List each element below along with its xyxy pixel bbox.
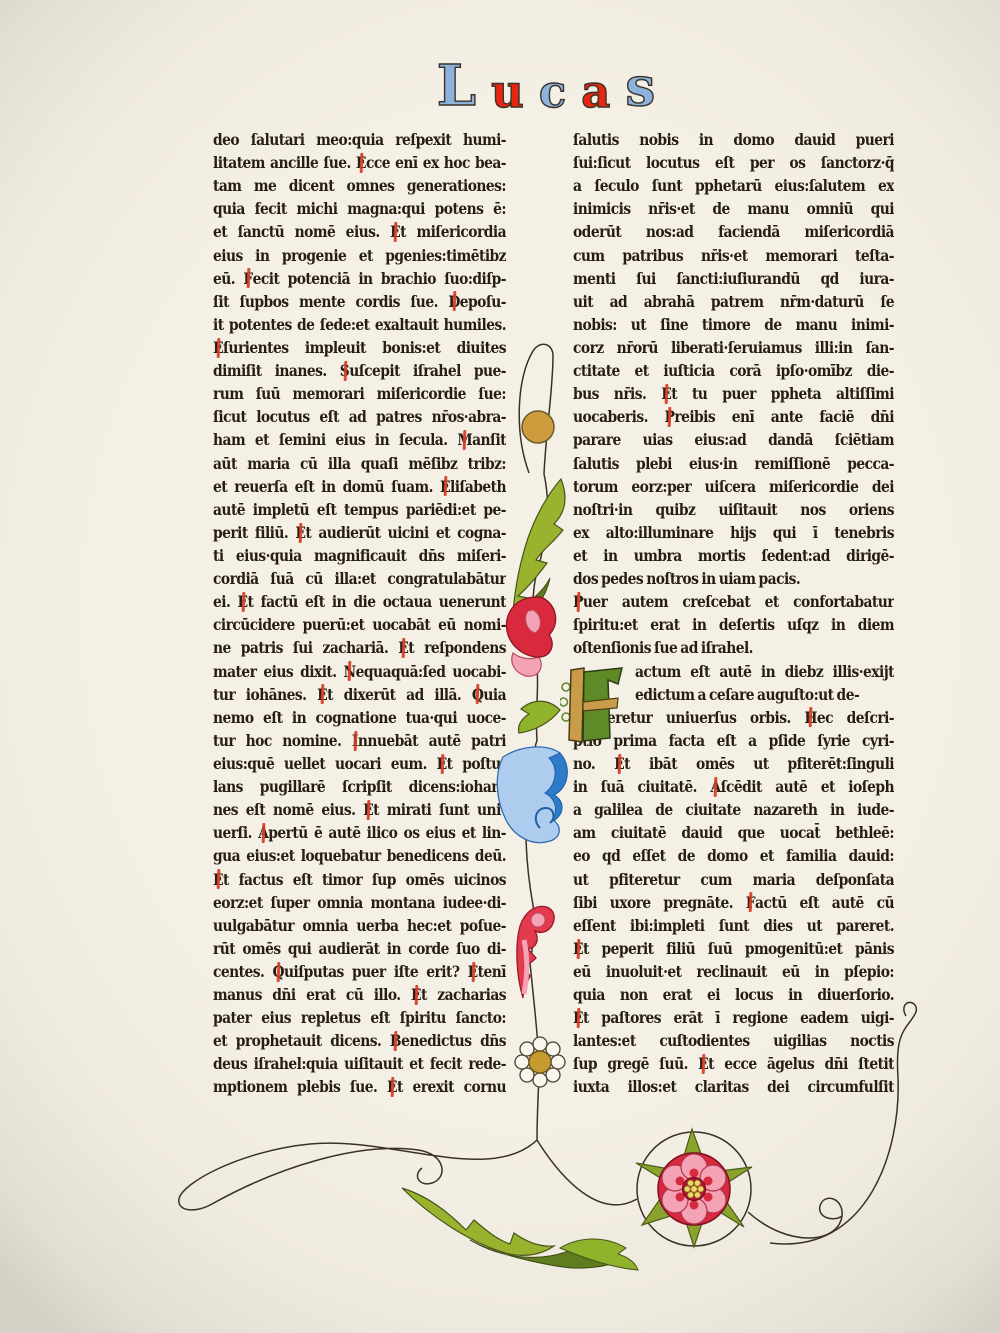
text-line: rum ſuū memorari miſericordie ſue: [213,383,506,406]
gutter-leaf-top [513,479,565,617]
text-line: cum patribus nr̄is·et memorari teſta- [573,245,894,268]
text-line: deus iſrahel:quia uiſitauit et fecit red… [213,1053,506,1076]
daisy-ornament [515,1037,565,1087]
text-line: ſalutis nobis in domo dauid pueri [573,129,894,152]
text-line: mptionem plebis ſue. Et erexit cornu [213,1076,506,1099]
text-line: deo ſalutari meo:quia reſpexit humi- [213,129,506,152]
text-line: oderūt nos:ad faciendā miſericordiā [573,221,894,244]
rubricated-capital: F [746,892,755,915]
rubricated-capital: E [661,383,671,406]
text-line: eū inuoluit·et reclinauit eū in pſepio: [573,961,894,984]
text-line: autē impletū eſt tempus pariēdi:et pe- [213,499,506,522]
rubricated-capital: E [387,1076,397,1099]
text-line: Et paſtores erāt ī regione eadem uigi- [573,1007,894,1030]
rubricated-capital: E [238,591,248,614]
initial-curl [560,698,568,706]
text-line: noſtri·in quibz uiſitauit nos oriens [573,499,894,522]
rubricated-capital: E [614,753,624,776]
text-line: eorz:et ſuper omnia montana iudee·di- [213,892,506,915]
text-line: uocaberis. Preibis enī ante faciē dn̄i [573,406,894,429]
text-line: manus dn̄i erat cū illo. Et zacharias [213,984,506,1007]
rosette-center [683,1178,706,1201]
rubricated-capital: Q [272,961,284,984]
text-line: it potentes de ſede:et exaltauit humiles… [213,314,506,337]
text-line: perit filiū. Et audierūt uicini et cogna… [213,522,506,545]
text-line: nemo eſt in cognatione tua·qui uoce- [213,707,506,730]
rubricated-capital: S [340,360,349,383]
stem-gutter [526,474,548,1048]
text-line: rūt omēs qui audierāt in corde ſuo di- [213,938,506,961]
text-line: tur iohānes. Et dixerūt ad illā. Quia [213,684,506,707]
rubricated-capital: E [698,1053,708,1076]
text-line: nes eſt nomē eius. Et mirati ſunt uni- [213,799,506,822]
page-title: Lucas [46,58,1000,114]
rubricated-capital: E [295,522,305,545]
rosette-flower [636,1129,752,1247]
text-line: uerſi. Apertū ē autē ilico os eius et li… [213,822,506,845]
text-line: in ſuā ciuitatē. Aſcēdit autē et ioſeph [573,776,894,799]
stem-right-spiral [748,1198,842,1238]
text-line: nobis: ut ſine timore de manu inimi- [573,314,894,337]
rubricated-capital: E [573,1007,583,1030]
initial-curl [562,713,570,721]
rubricated-capital: Q [472,684,484,707]
pink-leaf-lower [517,906,554,998]
text-line: ſalutis plebi eius·in remiſſionē pecca- [573,453,894,476]
rubricated-capital: F [243,268,252,291]
text-line: am ciuitatē dauid que uocat̄ bethleē: [573,822,894,845]
rosette-ring [637,1132,751,1246]
text-column-right: ſalutis nobis in domo dauid pueriſui:ſic… [573,129,894,1100]
text-line: menti ſui ſancti:iuſiurandū qd iura- [573,268,894,291]
text-line: ei. Et factū eſt in die octaua uenerunt [213,591,506,614]
text-line: cordiā ſuā cū illa:et congratulabātur [213,568,506,591]
text-line: Eſurientes impleuit bonis:et diuites [213,337,506,360]
gutenberg-bible-page: Lucas deo ſalutari meo:quia reſpexit hum… [0,0,1000,1333]
text-line: et in umbra mortis ſedent:ad dirigē- [573,545,894,568]
text-line: eū. Fecit potenciā in brachio ſuo:diſp- [213,268,506,291]
rubricated-capital: N [344,661,356,684]
gutter-flower-red [506,597,555,676]
text-line: eius in progenie et pgenies:timētibz [213,245,506,268]
rosette-pink-petals [662,1154,726,1224]
text-line: corz nr̄orū liberati·ſeruiamus illi:in ſ… [573,337,894,360]
text-line: ctitate et iuſticia corā ipſo·omībz die- [573,360,894,383]
text-line: a ſeculo ſunt pphetarū eius:ſalutem ex [573,175,894,198]
text-line: et prophetauit dicens. Benedictus dn̄s [213,1030,506,1053]
rubricated-capital: M [457,429,472,452]
blue-acanthus-leaf [497,747,567,843]
text-line: oſtenſionis ſue ad iſrahel. [573,637,894,660]
rubricated-capital: E [213,869,223,892]
stem-bottom-left [179,1140,537,1210]
text-line: ne patris ſui zachariā. Et reſpondens [213,637,506,660]
text-line: uit ad abrahā patrem nr̄m·daturū ſe [573,291,894,314]
rubricated-capital: E [356,152,366,175]
bottom-leaf-chain [402,1188,638,1270]
rubricated-capital: B [390,1030,401,1053]
text-line: eius:quē uellet uocari eum. Et poſtu- [213,753,506,776]
rubricated-capital: E [213,337,223,360]
text-line: dimiſit inanes. Suſcepit iſrahel pue- [213,360,506,383]
title-letter: a [581,69,610,114]
rubricated-capital: E [390,221,400,244]
rubricated-capital: E [573,938,583,961]
illuminated-initial-F [560,664,630,746]
rubricated-capital: H [804,707,817,730]
text-line: eo qd eſſet de domo et familia dauid: [573,845,894,868]
rubricated-capital: I [352,730,358,753]
text-line: litatem ancille ſue. Ecce enī ex hoc bea… [213,152,506,175]
text-line: lans pugillarē ſcripſit dicens:iohan- [213,776,506,799]
rosette-red-ring [658,1153,730,1225]
rubricated-capital: A [710,776,720,799]
rubricated-capital: E [437,753,447,776]
text-line: ſui:ſicut locutus eſt per os ſanctorz·q̄ [573,152,894,175]
stem-to-rosette [537,1140,637,1205]
text-line: a galilea de ciuitate nazareth in iude- [573,799,894,822]
title-letter: u [491,69,524,114]
text-line: tur hoc nomine. Innuebāt autē patri [213,730,506,753]
rubricated-capital: D [448,291,459,314]
text-line: no. Et ibāt omēs ut pfiterēt:ſinguli [573,753,894,776]
text-line: et reuerſa eſt in domū ſuam. Eliſabeth [213,476,506,499]
initial-gold-bar [569,668,584,742]
text-line: ſup gregē ſuū. Et ecce āgelus dn̄i ſteti… [573,1053,894,1076]
initial-curl [562,683,570,691]
text-line: eſſent ibi:impleti ſunt dies ut pareret. [573,915,894,938]
rubricated-capital: E [411,984,421,1007]
text-line: et ſanctū nomē eius. Et miſericordia [213,221,506,244]
title-letter: L [437,58,476,114]
text-line: quia fecit michi magna:qui potens ē: [213,198,506,221]
text-line: torum eorz:per uiſcera miſericordie dei [573,476,894,499]
text-line: ſibi uxore pregnāte. Factū eſt autē cū [573,892,894,915]
text-line: aūt maria cū illa quaſi mēſibz tribz: [213,453,506,476]
rosette-petal-curls [676,1169,713,1210]
title-letter: s [625,61,655,114]
text-line: circūcidere puerū:et uocabāt eū nomi- [213,614,506,637]
text-line: ſit ſupbos mente cordis ſue. Depoſu- [213,291,506,314]
text-line: lantes:et cuſtodientes uigilias noctis [573,1030,894,1053]
text-column-left: deo ſalutari meo:quia reſpexit humi-lita… [213,129,506,1100]
stem-below-daisy [537,1076,539,1140]
text-line: ex alto:illuminare hijs qui ī tenebris [573,522,894,545]
rubricated-capital: E [363,799,373,822]
text-line: uulgabātur omnia uerba hec:et poſue- [213,915,506,938]
rubricated-capital: P [573,591,583,614]
rubricated-capital: A [258,822,268,845]
text-line: inimicis nr̄is·et de manu omniū qui [573,198,894,221]
rubricated-capital: E [317,684,327,707]
text-line: ti eius·quia magnificauit dn̄s miſeri- [213,545,506,568]
stem-top-loop [519,344,553,474]
small-leaf-near-initial [518,701,560,733]
text-line: bus nr̄is. Et tu puer ppheta altiſſimi [573,383,894,406]
text-line: ham et ſemini eius in ſecula. Manſit [213,429,506,452]
rubricated-capital: E [468,961,478,984]
rubricated-capital: E [398,637,408,660]
text-line: quia non erat ei locus in diuerſorio. [573,984,894,1007]
text-line: Et factus eſt timor ſup omēs uicinos [213,869,506,892]
title-letter: c [539,69,566,114]
text-line: pater eius repletus eſt ſpiritu ſancto: [213,1007,506,1030]
text-line: gua eius:et loquebatur benedicens deū. [213,845,506,868]
text-line: Puer autem creſcebat et confortabatur [573,591,894,614]
text-line: ſicut locutus eſt ad patres nr̄os·abra- [213,406,506,429]
text-line: tam me dicent omnes generationes: [213,175,506,198]
text-line: ut pfiteretur cum maria deſponſata [573,869,894,892]
rubricated-capital: E [440,476,450,499]
rosette-center-dots [684,1180,704,1198]
text-line: mater eius dixit. Nequaquā:ſed uocabi- [213,661,506,684]
text-line: centes. Quiſputas puer iſte erit? Etenī [213,961,506,984]
text-line: parare uias eius:ad dandā ſciētiam [573,429,894,452]
text-line: dos pedes noſtros in uiam pacis. [573,568,894,591]
text-line: iuxta illos:et claritas dei circumfulſit [573,1076,894,1099]
rosette-green-points [636,1129,752,1247]
gold-bead [522,411,554,443]
text-line: ſpiritu:et erat in deſertis uſqz in diem [573,614,894,637]
rubricated-capital: P [664,406,674,429]
text-line: Et peperit filiū ſuū pmogenitū:et pānis [573,938,894,961]
